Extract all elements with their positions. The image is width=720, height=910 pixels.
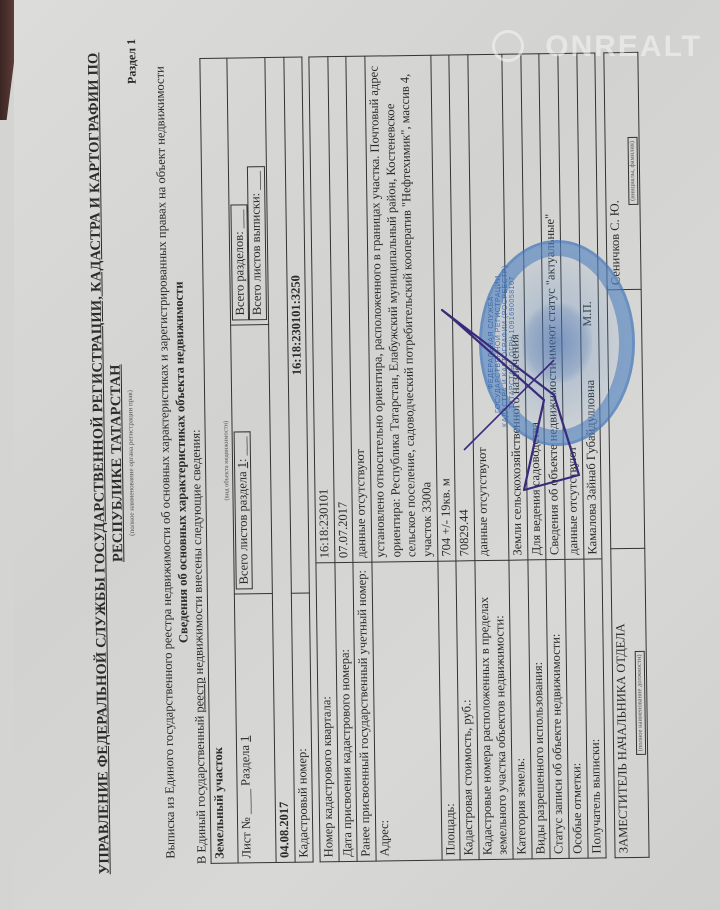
- signer-position-caption: (полное наименование должности): [634, 650, 646, 755]
- section-sheets-cell: Всего листов раздела 1: ___: [230, 325, 272, 595]
- characteristics-table: Номер кадастрового квартала:16:18:230101…: [308, 52, 606, 862]
- object-header-table: Земельный участок (вид объекта недвижимо…: [199, 57, 313, 864]
- signer-position-cell: ЗАМЕСТИТЕЛЬ НАЧАЛЬНИКА ОТДЕЛА (полное на…: [611, 548, 650, 857]
- field-value: установлено относительно ориентира, расп…: [365, 55, 438, 562]
- field-label: Адрес:: [372, 561, 442, 861]
- seal-mark: М.П.: [580, 301, 595, 327]
- field-label: Кадастровые номера расположенных в преде…: [475, 560, 513, 859]
- total-extract-sheets-label: Всего листов выписки:: [249, 193, 265, 315]
- signer-name-caption: (инициалы, фамилия): [627, 137, 638, 205]
- total-sections-cell: Всего разделов: ___ Всего листов выписки…: [227, 58, 269, 326]
- total-sections-box: Всего разделов: ___: [230, 204, 249, 320]
- sheet-no-label: Лист №: [239, 817, 254, 858]
- section-sheets-box: Всего листов раздела 1: ___: [233, 432, 253, 590]
- section-no-value: 1: [237, 736, 251, 742]
- total-sections-label: Всего разделов:: [231, 231, 246, 315]
- watermark-logo-icon: [492, 30, 524, 62]
- sheet-number-cell: Лист № ____ Раздела 1: [234, 594, 276, 864]
- field-label: Получатель выписки:: [583, 559, 606, 858]
- signature-table: ЗАМЕСТИТЕЛЬ НАЧАЛЬНИКА ОТДЕЛА (полное на…: [603, 52, 650, 858]
- extract-document: УПРАВЛЕНИЕ ФЕДЕРАЛЬНОЙ СЛУЖБЫ ГОСУДАРСТВ…: [78, 26, 610, 893]
- section-no-label: Раздела: [238, 745, 253, 786]
- total-extract-sheets-box: Всего листов выписки: ___: [247, 166, 267, 320]
- watermark: ONREALT: [545, 30, 702, 64]
- intro-suffix: недвижимости внесены следующие сведения:: [189, 429, 206, 677]
- document-sheet: УПРАВЛЕНИЕ ФЕДЕРАЛЬНОЙ СЛУЖБЫ ГОСУДАРСТВ…: [14, 0, 720, 910]
- intro-underlined: реестр: [192, 677, 206, 712]
- table-row: Адрес:установлено относительно ориентира…: [365, 55, 442, 861]
- section-sheets-label: Всего листов раздела: [235, 471, 251, 584]
- cadastral-number-label: Кадастровый номер:: [291, 593, 313, 862]
- intro-prefix: В Единый государственный: [193, 713, 209, 865]
- signature-cell: [607, 289, 645, 548]
- section-label: Раздел 1: [124, 39, 140, 84]
- signer-name-cell: Сеничков С. Ю. (инициалы, фамилия): [604, 52, 642, 289]
- section-sheets-value: 1: [235, 462, 249, 468]
